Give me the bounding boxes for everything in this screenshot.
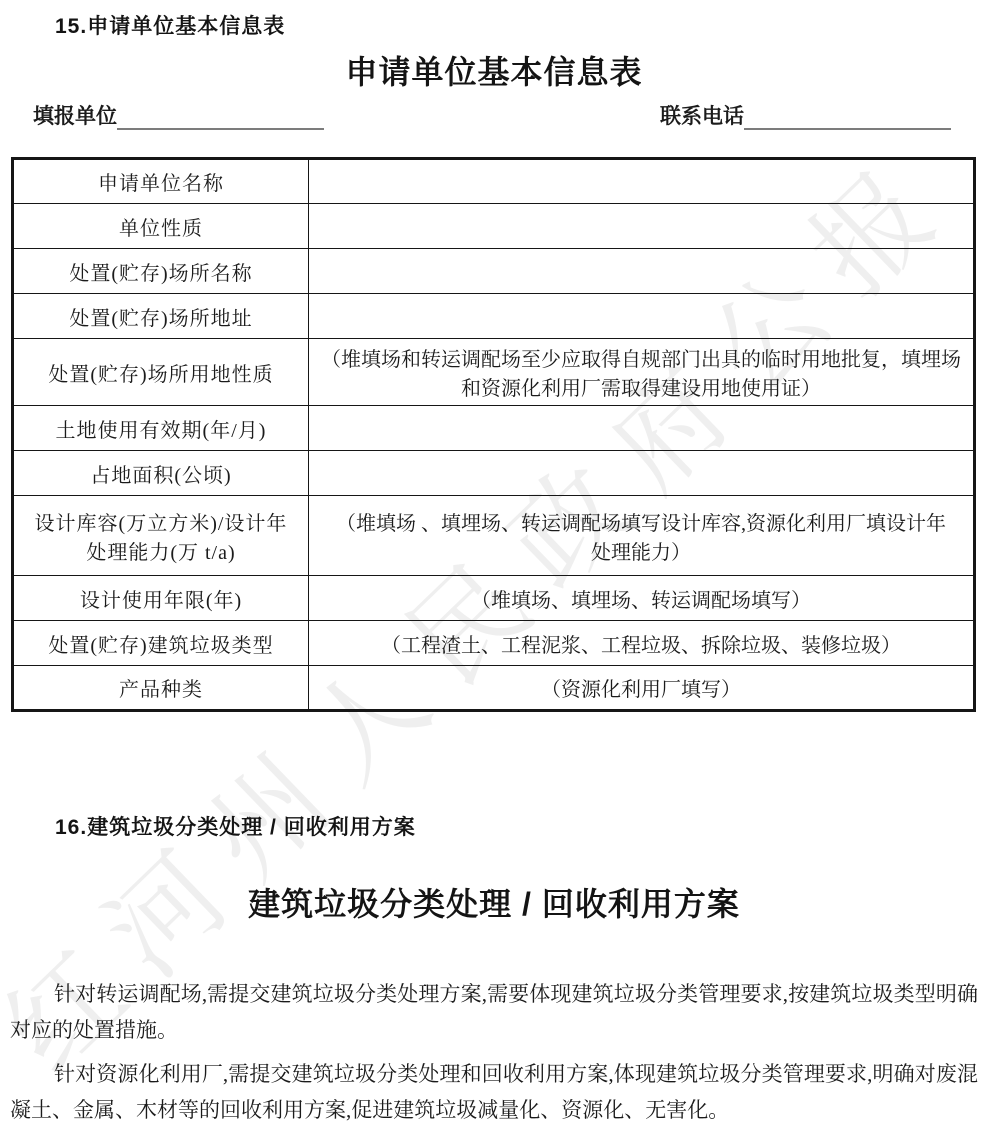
row-value-cell: （堆填场和转运调配场至少应取得自规部门出具的临时用地批复，填埋场 和资源化利用厂… (309, 339, 975, 406)
section16-label: 16.建筑垃圾分类处理 / 回收利用方案 (55, 811, 416, 841)
table-row: 设计库容(万立方米)/设计年 处理能力(万 t/a)（堆填场 、填埋场、转运调配… (13, 496, 975, 576)
row-label-cell: 土地使用有效期(年/月) (13, 406, 309, 451)
row-value-cell (309, 294, 975, 339)
table-row: 处置(贮存)场所名称 (13, 249, 975, 294)
paragraph: 针对资源化利用厂,需提交建筑垃圾分类处理和回收利用方案,体现建筑垃圾分类管理要求… (10, 1056, 978, 1128)
table-row: 申请单位名称 (13, 159, 975, 204)
row-label-cell: 处置(贮存)场所名称 (13, 249, 309, 294)
table-row: 处置(贮存)场所地址 (13, 294, 975, 339)
applicant-info-table: 申请单位名称单位性质处置(贮存)场所名称处置(贮存)场所地址处置(贮存)场所用地… (11, 157, 976, 712)
table-row: 占地面积(公顷) (13, 451, 975, 496)
contact-phone-blank-line (744, 106, 951, 130)
row-value-cell (309, 249, 975, 294)
table-row: 设计使用年限(年)（堆填场、填埋场、转运调配场填写） (13, 576, 975, 621)
row-value-cell: （工程渣土、工程泥浆、工程垃圾、拆除垃圾、装修垃圾） (309, 621, 975, 666)
row-label-cell: 处置(贮存)场所地址 (13, 294, 309, 339)
row-value-cell: （堆填场、填埋场、转运调配场填写） (309, 576, 975, 621)
form-title: 申请单位基本信息表 (0, 47, 988, 93)
row-value-cell (309, 451, 975, 496)
contact-phone-field: 联系电话 (660, 100, 951, 130)
plan-title: 建筑垃圾分类处理 / 回收利用方案 (0, 879, 988, 925)
report-unit-blank-line (117, 106, 324, 130)
contact-phone-label: 联系电话 (660, 104, 744, 128)
row-label-cell: 产品种类 (13, 666, 309, 711)
table-row: 处置(贮存)场所用地性质（堆填场和转运调配场至少应取得自规部门出具的临时用地批复… (13, 339, 975, 406)
row-label-cell: 处置(贮存)场所用地性质 (13, 339, 309, 406)
row-value-cell: （资源化利用厂填写） (309, 666, 975, 711)
row-label-cell: 处置(贮存)建筑垃圾类型 (13, 621, 309, 666)
row-label-cell: 申请单位名称 (13, 159, 309, 204)
table-row: 土地使用有效期(年/月) (13, 406, 975, 451)
paragraph: 针对转运调配场,需提交建筑垃圾分类处理方案,需要体现建筑垃圾分类管理要求,按建筑… (10, 976, 978, 1048)
report-unit-label: 填报单位 (33, 104, 117, 128)
row-value-cell: （堆填场 、填埋场、转运调配场填写设计库容,资源化利用厂填设计年 处理能力） (309, 496, 975, 576)
row-label-cell: 占地面积(公顷) (13, 451, 309, 496)
document-page: 红河州人民政府公报 15.申请单位基本信息表 申请单位基本信息表 填报单位 联系… (0, 0, 988, 1137)
row-label-cell: 设计库容(万立方米)/设计年 处理能力(万 t/a) (13, 496, 309, 576)
report-unit-field: 填报单位 (33, 100, 324, 130)
table-row: 处置(贮存)建筑垃圾类型（工程渣土、工程泥浆、工程垃圾、拆除垃圾、装修垃圾） (13, 621, 975, 666)
body-paragraphs: 针对转运调配场,需提交建筑垃圾分类处理方案,需要体现建筑垃圾分类管理要求,按建筑… (10, 976, 978, 1136)
row-value-cell (309, 159, 975, 204)
applicant-info-table-body: 申请单位名称单位性质处置(贮存)场所名称处置(贮存)场所地址处置(贮存)场所用地… (13, 159, 975, 711)
section15-label: 15.申请单位基本信息表 (55, 10, 285, 40)
table-row: 产品种类（资源化利用厂填写） (13, 666, 975, 711)
row-value-cell (309, 406, 975, 451)
row-value-cell (309, 204, 975, 249)
table-row: 单位性质 (13, 204, 975, 249)
row-label-cell: 设计使用年限(年) (13, 576, 309, 621)
row-label-cell: 单位性质 (13, 204, 309, 249)
